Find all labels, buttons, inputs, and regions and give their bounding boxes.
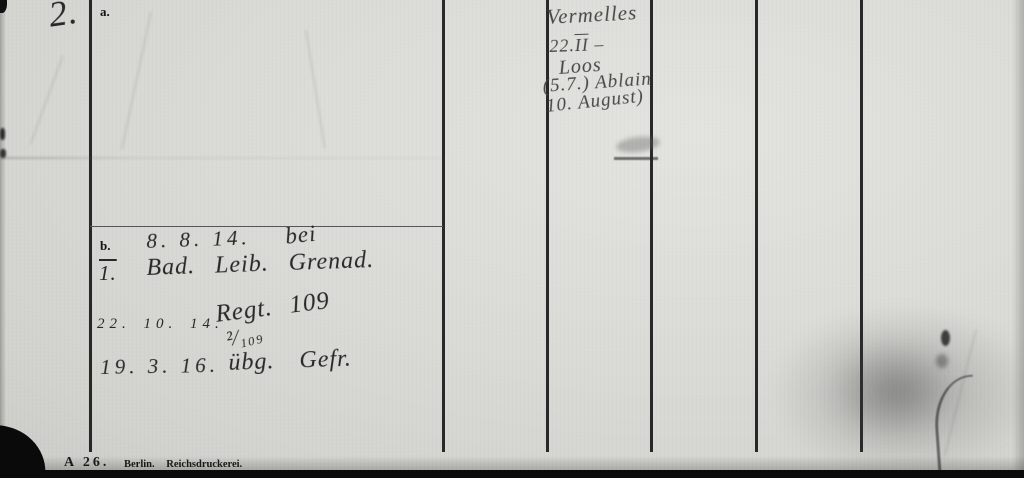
paper-wrinkle-3: [30, 55, 64, 145]
handwritten-page-number: 2.: [46, 0, 81, 36]
paper-wrinkle-2: [305, 30, 326, 149]
note-line-2-month-roman: II: [574, 35, 589, 55]
entry-2-number: 1.: [99, 261, 117, 286]
scanned-record-page: a. b. 2. Vermelles 22.II – Loos (5.7.) A…: [0, 0, 1024, 478]
note-line-2-day: 22.: [549, 35, 575, 56]
entry-1-date: 8. 8. 14.: [146, 225, 251, 254]
vertical-rule-5: [755, 0, 758, 452]
entry-1-text: bei: [284, 221, 318, 250]
entry-4-promotion: übg. Gefr.: [228, 346, 352, 377]
note-line-1: Vermelles: [546, 0, 638, 30]
paper-wrinkle-1: [121, 12, 152, 149]
stain-faint-spot: [936, 354, 948, 368]
scan-left-edge-shadow: [0, 0, 6, 478]
pencil-smudge-dash: [614, 157, 658, 160]
entry-3-date: 22. 10. 14.: [97, 316, 224, 333]
bottom-edge-shadow: [0, 456, 1024, 471]
pencil-smudge: [615, 134, 661, 154]
horizontal-crease: [0, 157, 445, 159]
left-edge-blot-1: [0, 128, 5, 140]
scan-bottom-strip: [0, 470, 1024, 478]
vertical-rule-3: [546, 0, 549, 452]
note-line-2-dash: –: [588, 34, 604, 55]
section-b-label: b.: [100, 238, 110, 254]
stain-dark-spot: [941, 330, 950, 346]
bottom-left-page-curl: [0, 425, 47, 478]
section-divider-rule: [90, 226, 443, 227]
entry-4-date: 19. 3. 16.: [100, 353, 219, 380]
section-a-label: a.: [100, 4, 110, 20]
entry-2-unit-continued: Regt. 109: [214, 287, 331, 329]
